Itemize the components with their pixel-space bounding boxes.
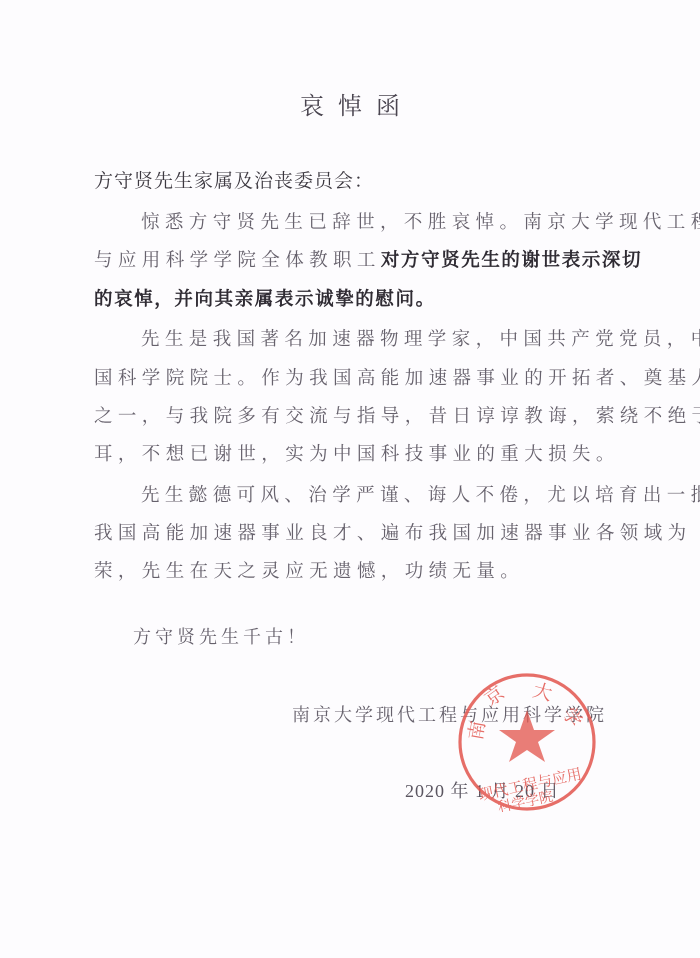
paragraph-2-line-3: 之一，与我院多有交流与指导，昔日谆谆教诲，萦绕不绝于 bbox=[94, 402, 614, 428]
paragraph-3-line-2: 我国高能加速器事业良才、遍布我国加速器事业各领域为 bbox=[94, 519, 614, 545]
paragraph-1-line-1: 惊悉方守贤先生已辞世，不胜哀悼。南京大学现代工程 bbox=[94, 208, 661, 234]
signature-institution: 南京大学现代工程与应用科学学院 bbox=[292, 701, 607, 727]
salutation: 方守贤先生家属及治丧委员会： bbox=[94, 166, 374, 193]
paragraph-3-line-3: 荣，先生在天之灵应无遗憾，功绩无量。 bbox=[94, 557, 614, 583]
letter-date: 2020 年 1 月 20 日 bbox=[405, 777, 560, 803]
condolence-letter-page: 哀悼函 方守贤先生家属及治丧委员会： 惊悉方守贤先生已辞世，不胜哀悼。南京大学现… bbox=[0, 0, 700, 958]
closing-line: 方守贤先生千古！ bbox=[133, 623, 309, 649]
paragraph-1-line-2: 与应用科学学院全体教职工对方守贤先生的谢世表示深切 bbox=[94, 246, 614, 272]
letter-title: 哀悼函 bbox=[0, 86, 700, 121]
paragraph-2-line-4: 耳，不想已谢世，实为中国科技事业的重大损失。 bbox=[94, 440, 614, 466]
paragraph-1-line-2-bold: 对方守贤先生的谢世表示深切 bbox=[381, 250, 642, 271]
paragraph-2-line-1: 先生是我国著名加速器物理学家，中国共产党党员，中 bbox=[94, 325, 661, 351]
paragraph-1-line-2-normal: 与应用科学学院全体教职工 bbox=[94, 250, 381, 271]
paragraph-2-line-2: 国科学院院士。作为我国高能加速器事业的开拓者、奠基人 bbox=[94, 364, 614, 390]
paragraph-1-line-3: 的哀悼，并向其亲属表示诚挚的慰问。 bbox=[94, 285, 614, 311]
paragraph-3-line-1: 先生懿德可风、治学严谨、诲人不倦，尤以培育出一批 bbox=[94, 481, 661, 507]
